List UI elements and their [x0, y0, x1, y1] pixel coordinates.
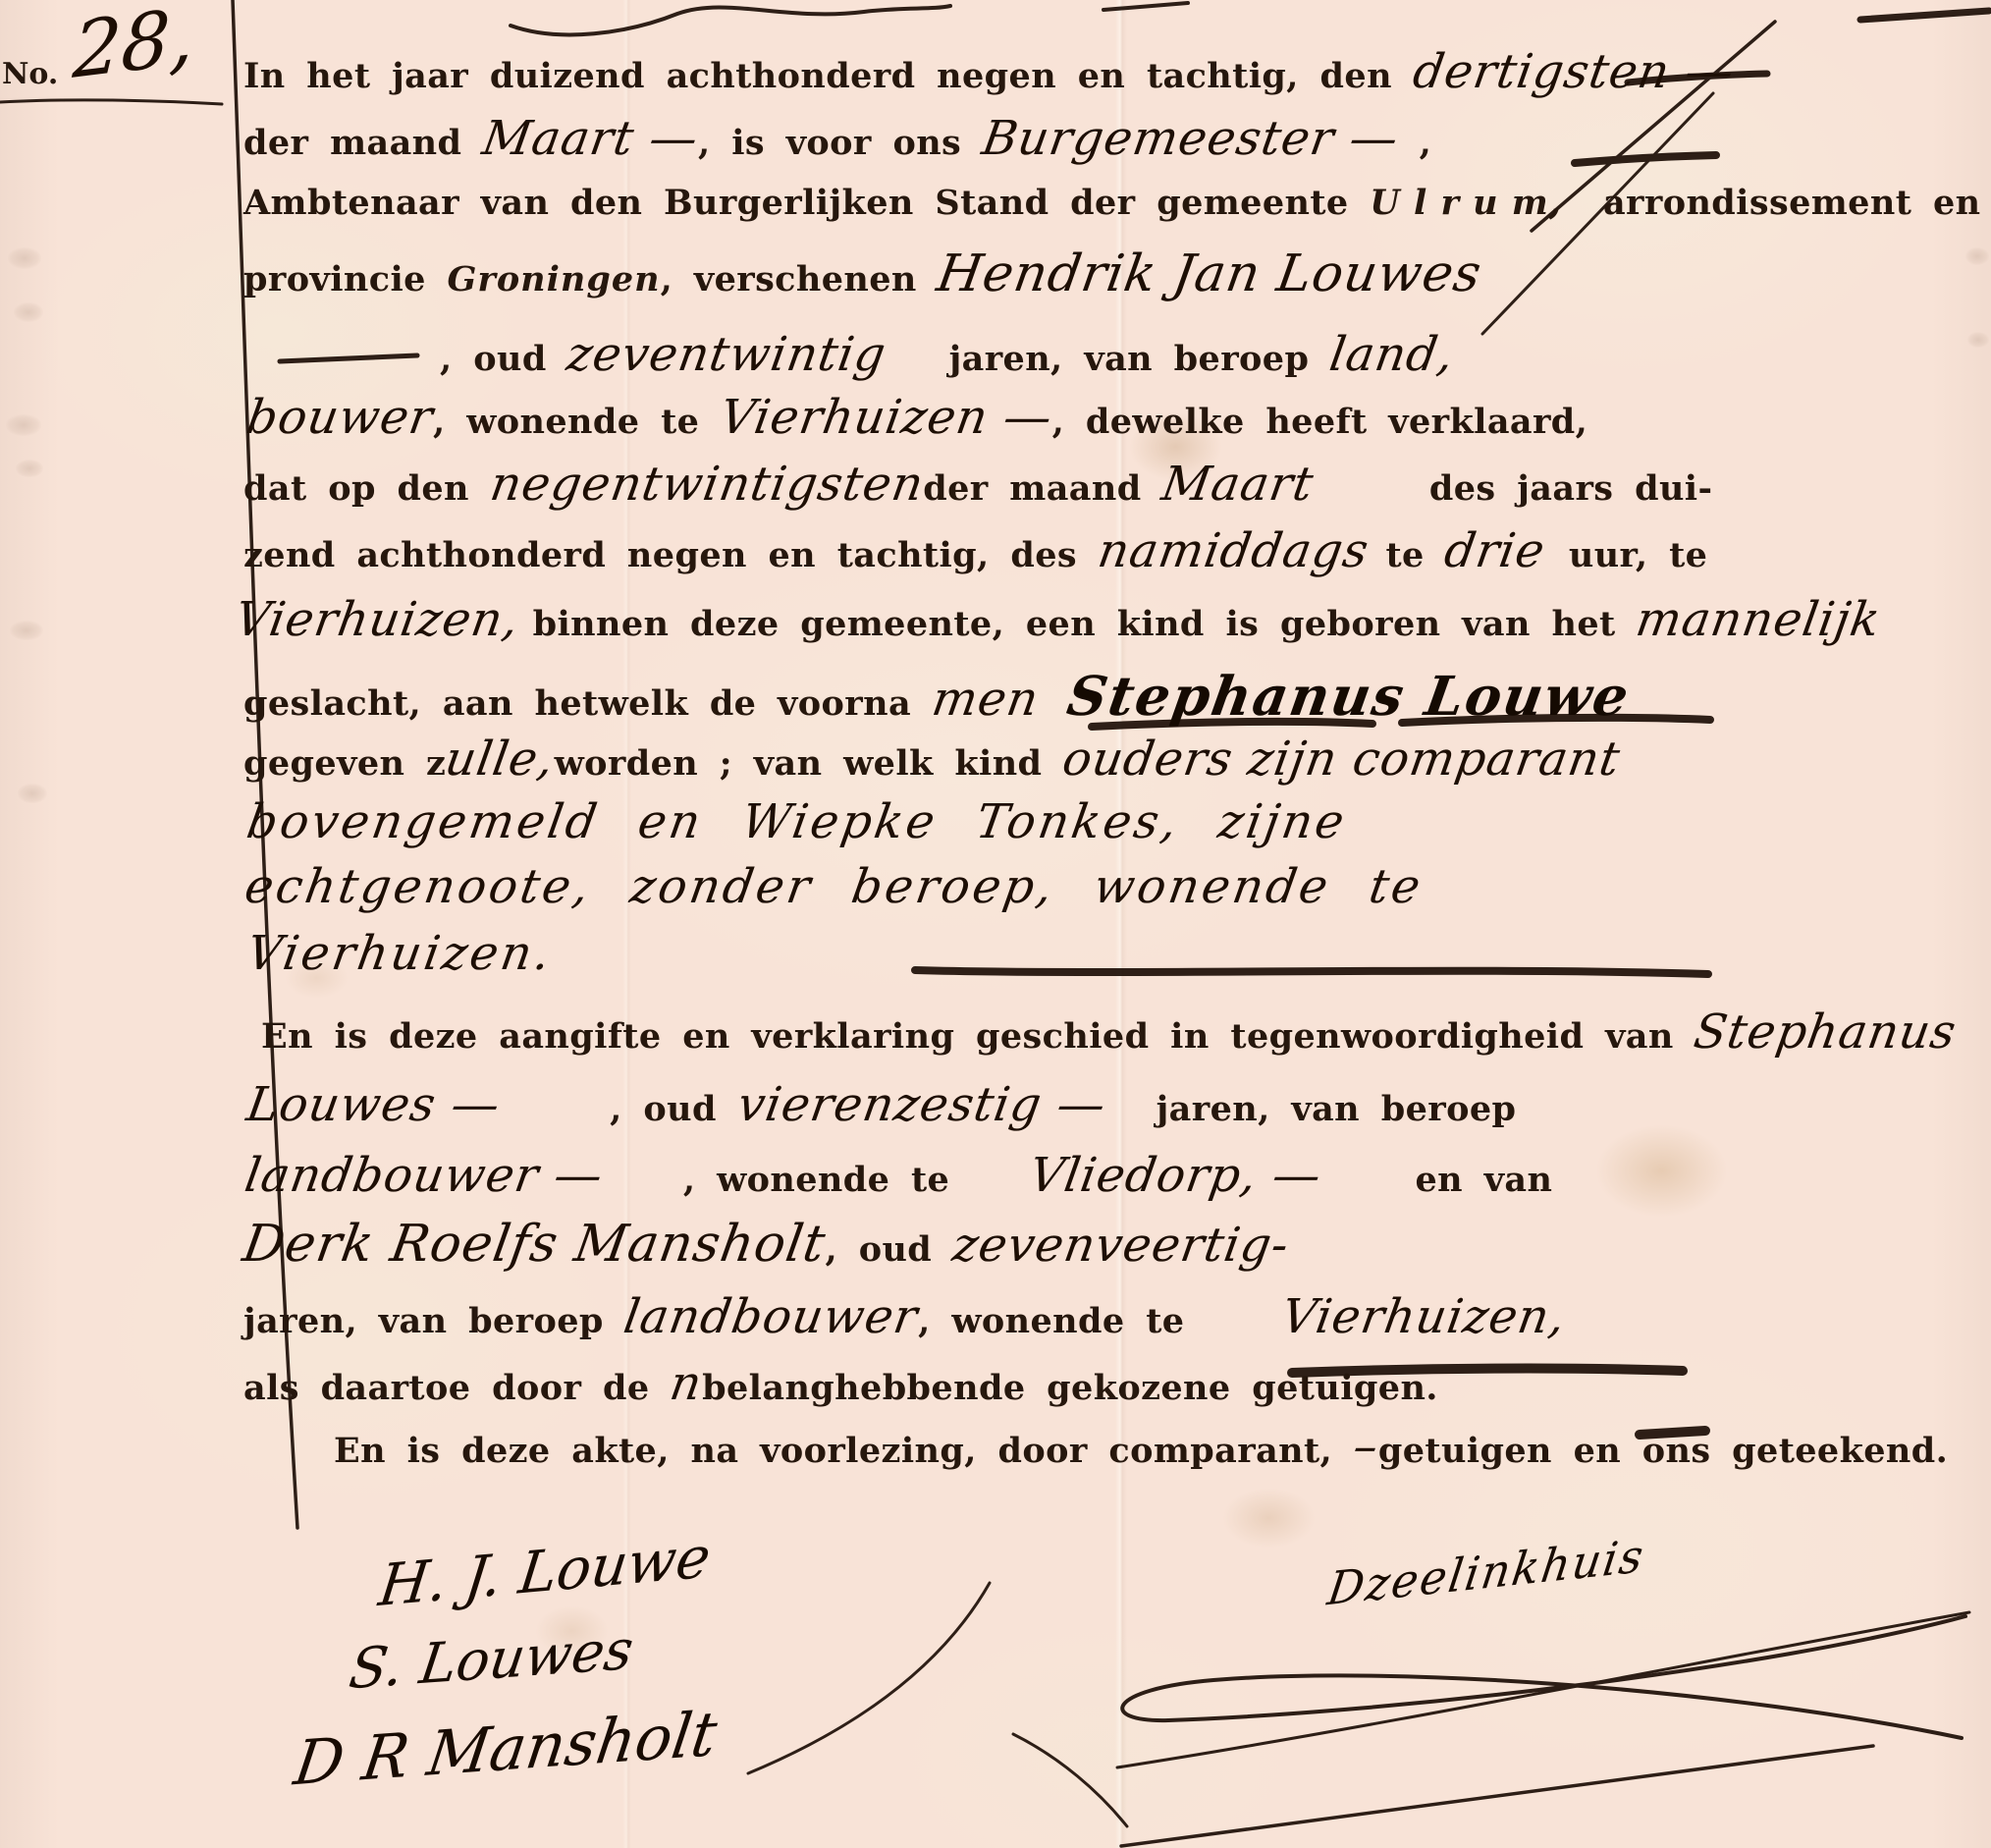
act-line-18: Derk Roelfs Mansholt, oud zevenveertig- [243, 1218, 1288, 1278]
act-number-underline [0, 100, 222, 104]
act-line-21: En is deze akte, na voorlezing, door com… [334, 1422, 1948, 1483]
ink-bleed-through [14, 302, 43, 322]
printed-text: jaren, van beroep [949, 339, 1330, 379]
handwritten-text: mannelijk [1633, 595, 1884, 644]
act-line-10: geslacht, aan hetwelk de voorna menSteph… [243, 664, 1630, 725]
signature-witness-2: D R Mansholt [290, 1698, 721, 1800]
official-signature-underline [1117, 1612, 1969, 1767]
printed-text: En is deze akte, na voorlezing, door com… [334, 1431, 1354, 1471]
act-line-2: der maand Maart —, is voor ons Burgemees… [243, 114, 1431, 175]
top-edge-writing-fragment [511, 6, 950, 34]
top-right-dash [1860, 11, 1989, 20]
handwritten-text: negentwintigsten [487, 460, 928, 509]
printed-text: als daartoe door de [243, 1368, 671, 1408]
act-line-9: Vierhuizen,binnen deze gemeente, een kin… [236, 595, 1880, 656]
printed-text: , wonende te [433, 402, 721, 442]
printed-text: binnen deze gemeente, een kind is gebore… [533, 604, 1638, 644]
ink-bleed-through [1965, 247, 1989, 265]
act-line-20: als daartoe door de nbelanghebbende geko… [243, 1359, 1438, 1420]
act-line-13: echtgenoote, zonder beroep, wonende te [245, 862, 1423, 923]
printed-text: jaren, van beroep [1157, 1089, 1517, 1129]
blank-filler-line [280, 355, 417, 361]
handwritten-text: bovengemeld en Wiepke Tonkes, zijne [243, 797, 1350, 846]
signature-flourish-tail [748, 1583, 990, 1773]
handwritten-text: Vierhuizen, [232, 595, 523, 644]
handwritten-text: drie [1441, 526, 1548, 575]
handwritten-text: Vierhuizen, [1278, 1292, 1570, 1341]
handwritten-text: bouwer [243, 393, 437, 442]
printed-text: der maand [923, 468, 1162, 509]
signature-flourish-small [1013, 1734, 1127, 1826]
printed-text: , wonende te [683, 1160, 971, 1200]
printed-text: des jaars dui- [1429, 468, 1713, 509]
handwritten-text: Vierhuizen. [243, 929, 557, 978]
act-line-15: En is deze aangifte en verklaring geschi… [261, 1007, 1957, 1068]
printed-text: En is deze aangifte en verklaring geschi… [261, 1016, 1695, 1057]
ink-bleed-through [10, 621, 43, 640]
act-line-16: Louwes —, oud vierenzestig —jaren, van b… [247, 1080, 1516, 1141]
handwritten-text: zeventwintig [564, 330, 889, 379]
printed-text: gegeven z [243, 743, 446, 784]
printed-text: zend achthonderd negen en tachtig, des [243, 535, 1099, 575]
handwritten-text: land, [1326, 330, 1458, 379]
handwritten-text: Hendrik Jan Louwes [934, 247, 1485, 301]
handwritten-text: Derk Roelfs Mansholt [240, 1218, 830, 1272]
handwritten-text: Stephanus [1691, 1007, 1960, 1057]
child-name-text: Stephanus Louwe [1062, 664, 1634, 728]
handwritten-text: landbouwer — [242, 1151, 607, 1200]
handwritten-text: men [929, 675, 1043, 724]
signature-witness-1: S. Louwes [346, 1618, 637, 1703]
printed-text: te [1385, 535, 1445, 575]
printed-text: , [1398, 123, 1431, 163]
handwritten-text: vierenzestig — [734, 1080, 1109, 1129]
act-line-3: Ambtenaar van den Burgerlijken Stand der… [243, 181, 1980, 242]
act-line-1: In het jaar duizend achthonderd negen en… [243, 47, 1734, 108]
printed-text: provincie [243, 259, 448, 299]
act-line-6: bouwer, wonende te Vierhuizen —, dewelke… [247, 393, 1587, 454]
printed-text: arrondissement en [1603, 183, 1981, 223]
printed-italic-text: Groningen [448, 259, 661, 299]
printed-text: der maand [243, 123, 483, 163]
printed-text: getuigen en ons geteekend. [1378, 1431, 1948, 1471]
printed-text: worden ; van welk kind [555, 743, 1064, 784]
printed-text: Ambtenaar van den Burgerlijken Stand der… [243, 183, 1370, 223]
paper-stain [1595, 1124, 1728, 1218]
act-line-12: bovengemeld en Wiepke Tonkes, zijne [247, 797, 1346, 858]
act-line-11: gegeven zulle,worden ; van welk kind oud… [243, 734, 1620, 795]
handwritten-text: echtgenoote, zonder beroep, wonende te [242, 862, 1426, 911]
act-line-4: provincie Groningen, verschenen Hendrik … [243, 247, 1481, 308]
official-signature-loop [1122, 1616, 1965, 1738]
printed-text: belanghebbende gekozene getuigen. [702, 1368, 1438, 1408]
handwritten-text: Maart [1158, 460, 1318, 509]
signature-declarant: H. J. Louwe [375, 1523, 714, 1619]
printed-text: en van [1416, 1160, 1553, 1200]
printed-text: , is voor ons [698, 123, 983, 163]
act-number-label: No. [2, 57, 58, 91]
printed-italic-text: U l r u m, [1370, 183, 1562, 223]
printed-text: , oud [610, 1089, 737, 1129]
printed-text: dat op den [243, 468, 491, 509]
act-line-8: zend achthonderd negen en tachtig, des n… [243, 526, 1707, 587]
ink-bleed-through [16, 460, 43, 477]
signature-flourish-diagonal [1121, 1746, 1873, 1846]
ink-bleed-through [18, 784, 47, 803]
ink-bleed-through [8, 247, 41, 269]
handwritten-text: Vliedorp, — [1026, 1151, 1325, 1200]
printed-text: , oud [825, 1229, 952, 1270]
paper-stain [1222, 1488, 1316, 1549]
signature-official: Dzeelinkhuis [1324, 1529, 1648, 1616]
handwritten-text: Burgemeester — [979, 114, 1402, 163]
handwritten-text: ulle, [442, 734, 558, 784]
act-line-17: landbouwer —, wonende te Vliedorp, —en v… [245, 1151, 1552, 1212]
document-page: No. 28, In het jaar duizend achthonderd … [0, 0, 1991, 1848]
handwritten-text: namiddags [1095, 526, 1372, 575]
act-line-7: dat op den negentwintigstender maand Maa… [243, 460, 1712, 520]
printed-text: , dewelke heeft verklaard, [1052, 402, 1588, 442]
handwritten-text: zevenveertig- [949, 1221, 1293, 1270]
printed-text: geslacht, aan hetwelk de voorna [243, 683, 933, 724]
handwritten-text: ouders zijn comparant [1059, 734, 1624, 784]
printed-text: jaren, van beroep [243, 1301, 624, 1341]
burgemeester-flourish-dash [1575, 155, 1716, 163]
printed-text: , wonende te [918, 1301, 1206, 1341]
act-line-5: , oud zeventwintigjaren, van beroep land… [440, 330, 1454, 391]
closing-filler-line [915, 970, 1708, 974]
act-line-19: jaren, van beroep landbouwer, wonende te… [243, 1292, 1566, 1353]
handwritten-text: dertigsten — [1410, 47, 1738, 96]
printed-text: In het jaar duizend achthonderd negen en… [243, 56, 1414, 96]
handwritten-text: Louwes — [243, 1080, 504, 1129]
ink-bleed-through [1967, 332, 1989, 348]
handwritten-text: Vierhuizen — [717, 393, 1056, 442]
act-line-14: Vierhuizen. [247, 929, 553, 990]
printed-text: uur, te [1569, 535, 1708, 575]
act-number-value: 28, [71, 0, 196, 96]
handwritten-text: n [667, 1359, 706, 1408]
printed-text: , verschenen [661, 259, 939, 299]
handwritten-text: Maart — [479, 114, 702, 163]
handwritten-text: landbouwer [620, 1292, 922, 1341]
printed-text: , oud [440, 339, 567, 379]
ink-bleed-through [6, 414, 41, 436]
top-edge-writing-fragment [1103, 3, 1188, 10]
